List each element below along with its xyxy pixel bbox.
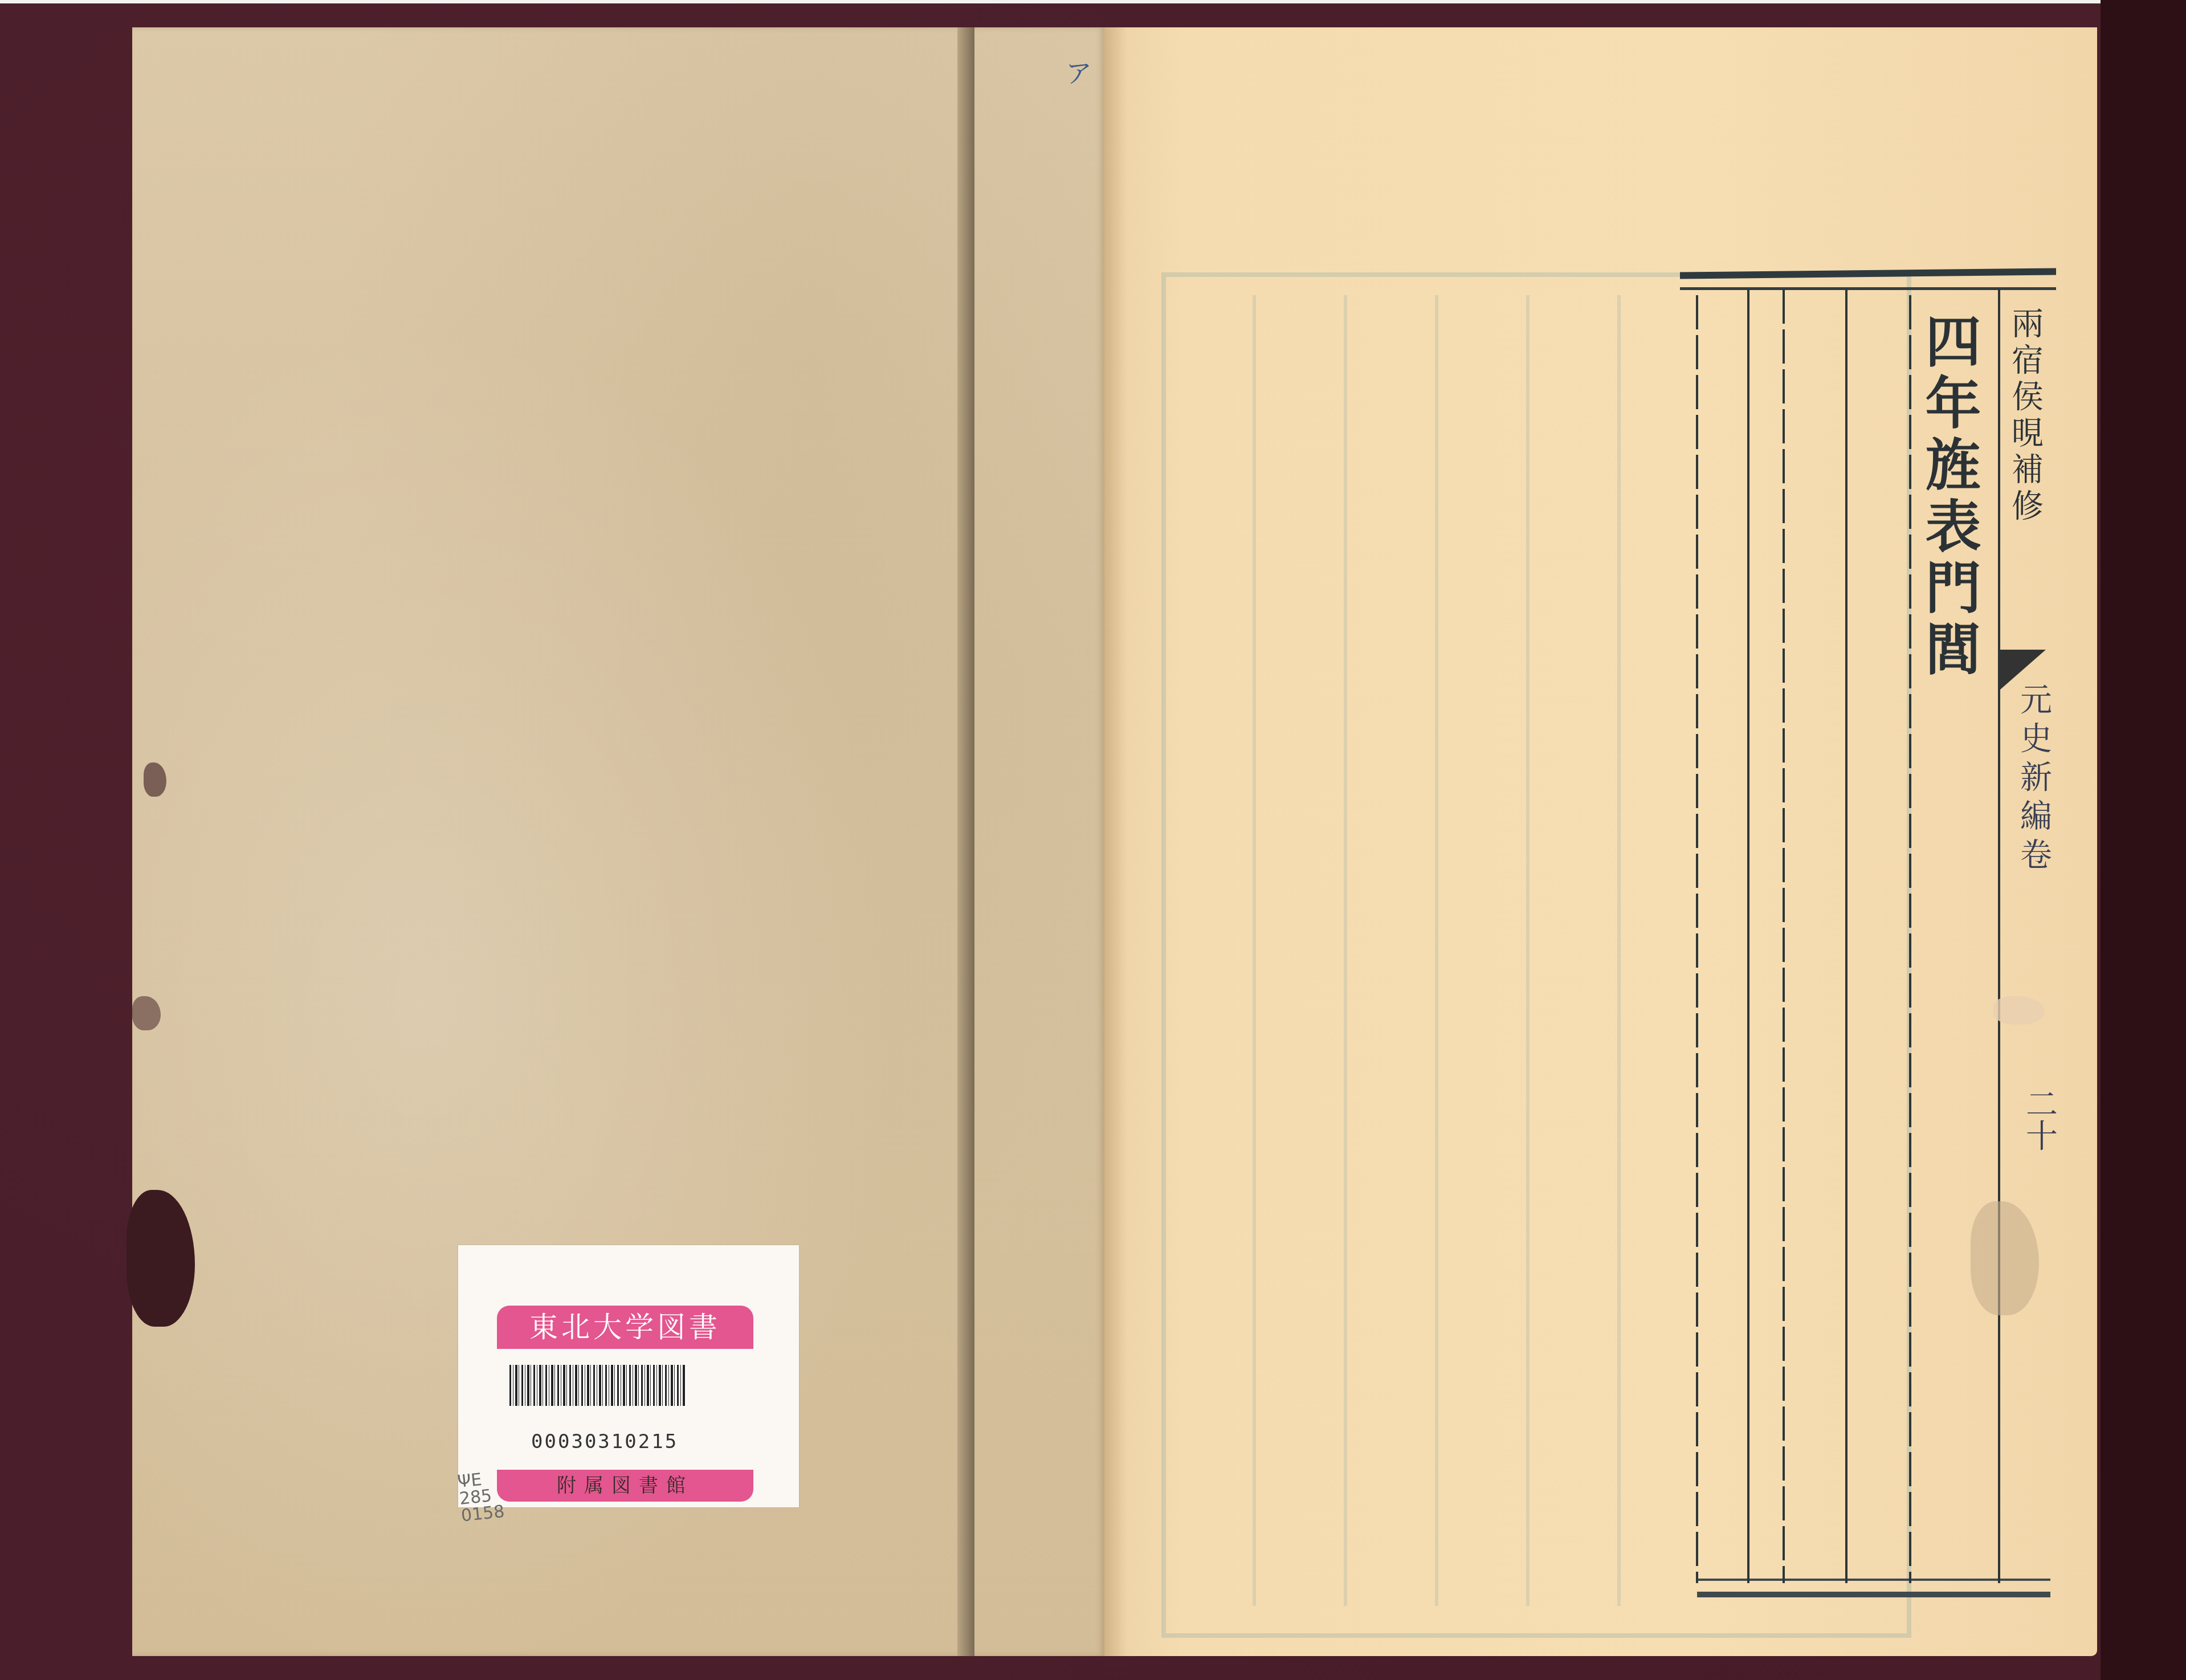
bleed-through-rule (1526, 295, 1530, 1606)
column-rule (1783, 289, 1785, 1583)
frame-bottom-border (1697, 1592, 2050, 1597)
revision-note-column: 兩宿侯晛補修 (2008, 307, 2048, 525)
column-rule (1845, 289, 1848, 1583)
column-rule (1696, 295, 1698, 1583)
pencil-call-number: ΨE 285 0158 (457, 1469, 505, 1524)
margin-page-number: 二十 (2028, 1087, 2062, 1151)
column-rule (1747, 289, 1749, 1583)
bleed-through-rule (1435, 295, 1438, 1606)
library-label-footer: 附属図書館 (497, 1470, 753, 1502)
scan-edge (0, 0, 2186, 3)
barcode-number: 00030310215 (531, 1430, 678, 1453)
library-barcode-label: 東北大学図書 00030310215 附属図書館 (458, 1245, 799, 1507)
book-fore-edge (957, 27, 974, 1656)
column-rule (1998, 289, 2000, 1583)
bleed-through-rule (1253, 295, 1256, 1606)
title-column: 四年旌表門閭 (1920, 312, 1989, 682)
bleed-through-rule (1344, 295, 1347, 1606)
backing-shadow (2101, 0, 2186, 1680)
worm-damage (1971, 1201, 2039, 1315)
margin-book-title: 元史新編卷 (2022, 683, 2056, 876)
worm-damage (1993, 996, 2045, 1025)
bleed-through-frame (1161, 272, 1911, 1638)
barcode-icon (509, 1365, 686, 1406)
spine-fold (1104, 27, 1127, 1656)
bleed-through-rule (1617, 295, 1621, 1606)
library-label-header: 東北大学図書 (497, 1306, 753, 1349)
right-page: 四年旌表門閭 兩宿侯晛補修 元史新編卷 二十 (1104, 27, 2097, 1656)
handwritten-corner-mark: ア (1066, 52, 1092, 90)
frame-inner-bottom-border (1697, 1579, 2050, 1581)
